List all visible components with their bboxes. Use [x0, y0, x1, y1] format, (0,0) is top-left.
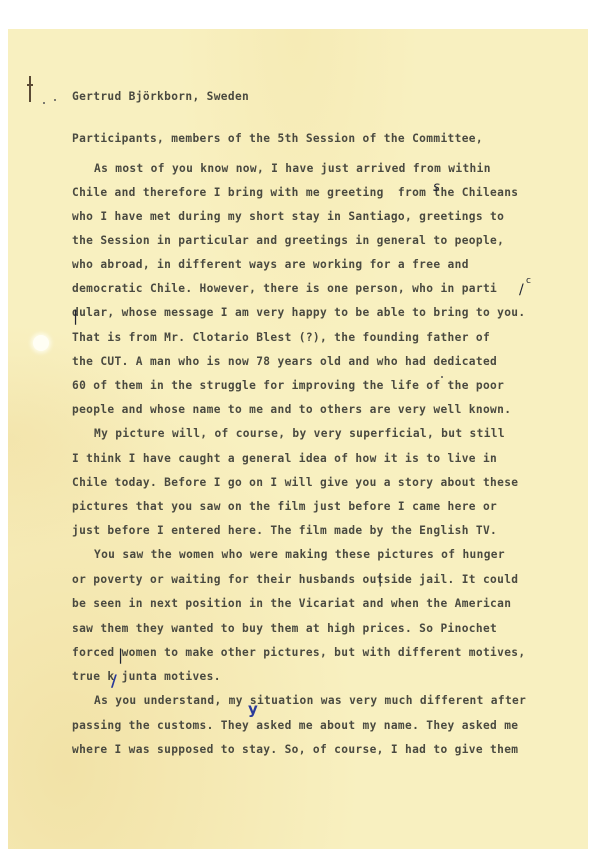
punch-hole	[33, 335, 49, 351]
margin-mark	[29, 76, 31, 102]
text-line: You saw the women who were making these …	[94, 548, 505, 562]
text-line: As you understand, my situation was very…	[94, 694, 526, 708]
text-line: true k junta motives.	[72, 670, 221, 684]
text-line: democratic Chile. However, there is one …	[72, 282, 497, 296]
text-line: who I have met during my short stay in S…	[72, 210, 504, 224]
handwritten-y: y	[248, 700, 258, 718]
handwritten-s: s	[433, 180, 440, 195]
text-line: dular, whose message I am very happy to …	[72, 306, 525, 320]
text-line: forced women to make other pictures, but…	[72, 646, 525, 660]
text-line: where I was supposed to stay. So, of cou…	[72, 743, 518, 757]
text-line: That is from Mr. Clotario Blest (?), the…	[72, 331, 490, 345]
handwritten-strike: /	[111, 671, 117, 690]
speck	[441, 376, 443, 378]
text-line: be seen in next position in the Vicariat…	[72, 597, 511, 611]
text-line: 60 of them in the struggle for improving…	[72, 379, 504, 393]
handwritten-c: c	[526, 276, 531, 286]
handwritten-t: |	[378, 572, 382, 587]
speaker-header: Gertrud Björkborn, Sweden	[72, 90, 249, 104]
text-line: passing the customs. They asked me about…	[72, 719, 518, 733]
text-line: who abroad, in different ways are workin…	[72, 258, 469, 272]
document-page: Gertrud Björkborn, Sweden Participants, …	[8, 29, 588, 849]
text-line: As most of you know now, I have just arr…	[94, 162, 491, 176]
speck	[54, 99, 56, 101]
text-line: Participants, members of the 5th Session…	[72, 132, 483, 146]
text-line: or poverty or waiting for their husbands…	[72, 573, 518, 587]
text-line: Chile today. Before I go on I will give …	[72, 476, 518, 490]
handwritten-slash: /	[519, 282, 524, 298]
text-line: people and whose name to me and to other…	[72, 403, 511, 417]
handwritten-bar: |	[73, 307, 78, 325]
handwritten-d-bar: |	[118, 646, 123, 664]
text-line: Chile and therefore I bring with me gree…	[72, 186, 518, 200]
text-line: My picture will, of course, by very supe…	[94, 427, 505, 441]
text-line: the Session in particular and greetings …	[72, 234, 504, 248]
text-line: the CUT. A man who is now 78 years old a…	[72, 355, 497, 369]
text-line: just before I entered here. The film mad…	[72, 524, 497, 538]
text-line: pictures that you saw on the film just b…	[72, 500, 497, 514]
text-line: saw them they wanted to buy them at high…	[72, 622, 497, 636]
text-line: I think I have caught a general idea of …	[72, 452, 497, 466]
speck	[43, 102, 45, 104]
